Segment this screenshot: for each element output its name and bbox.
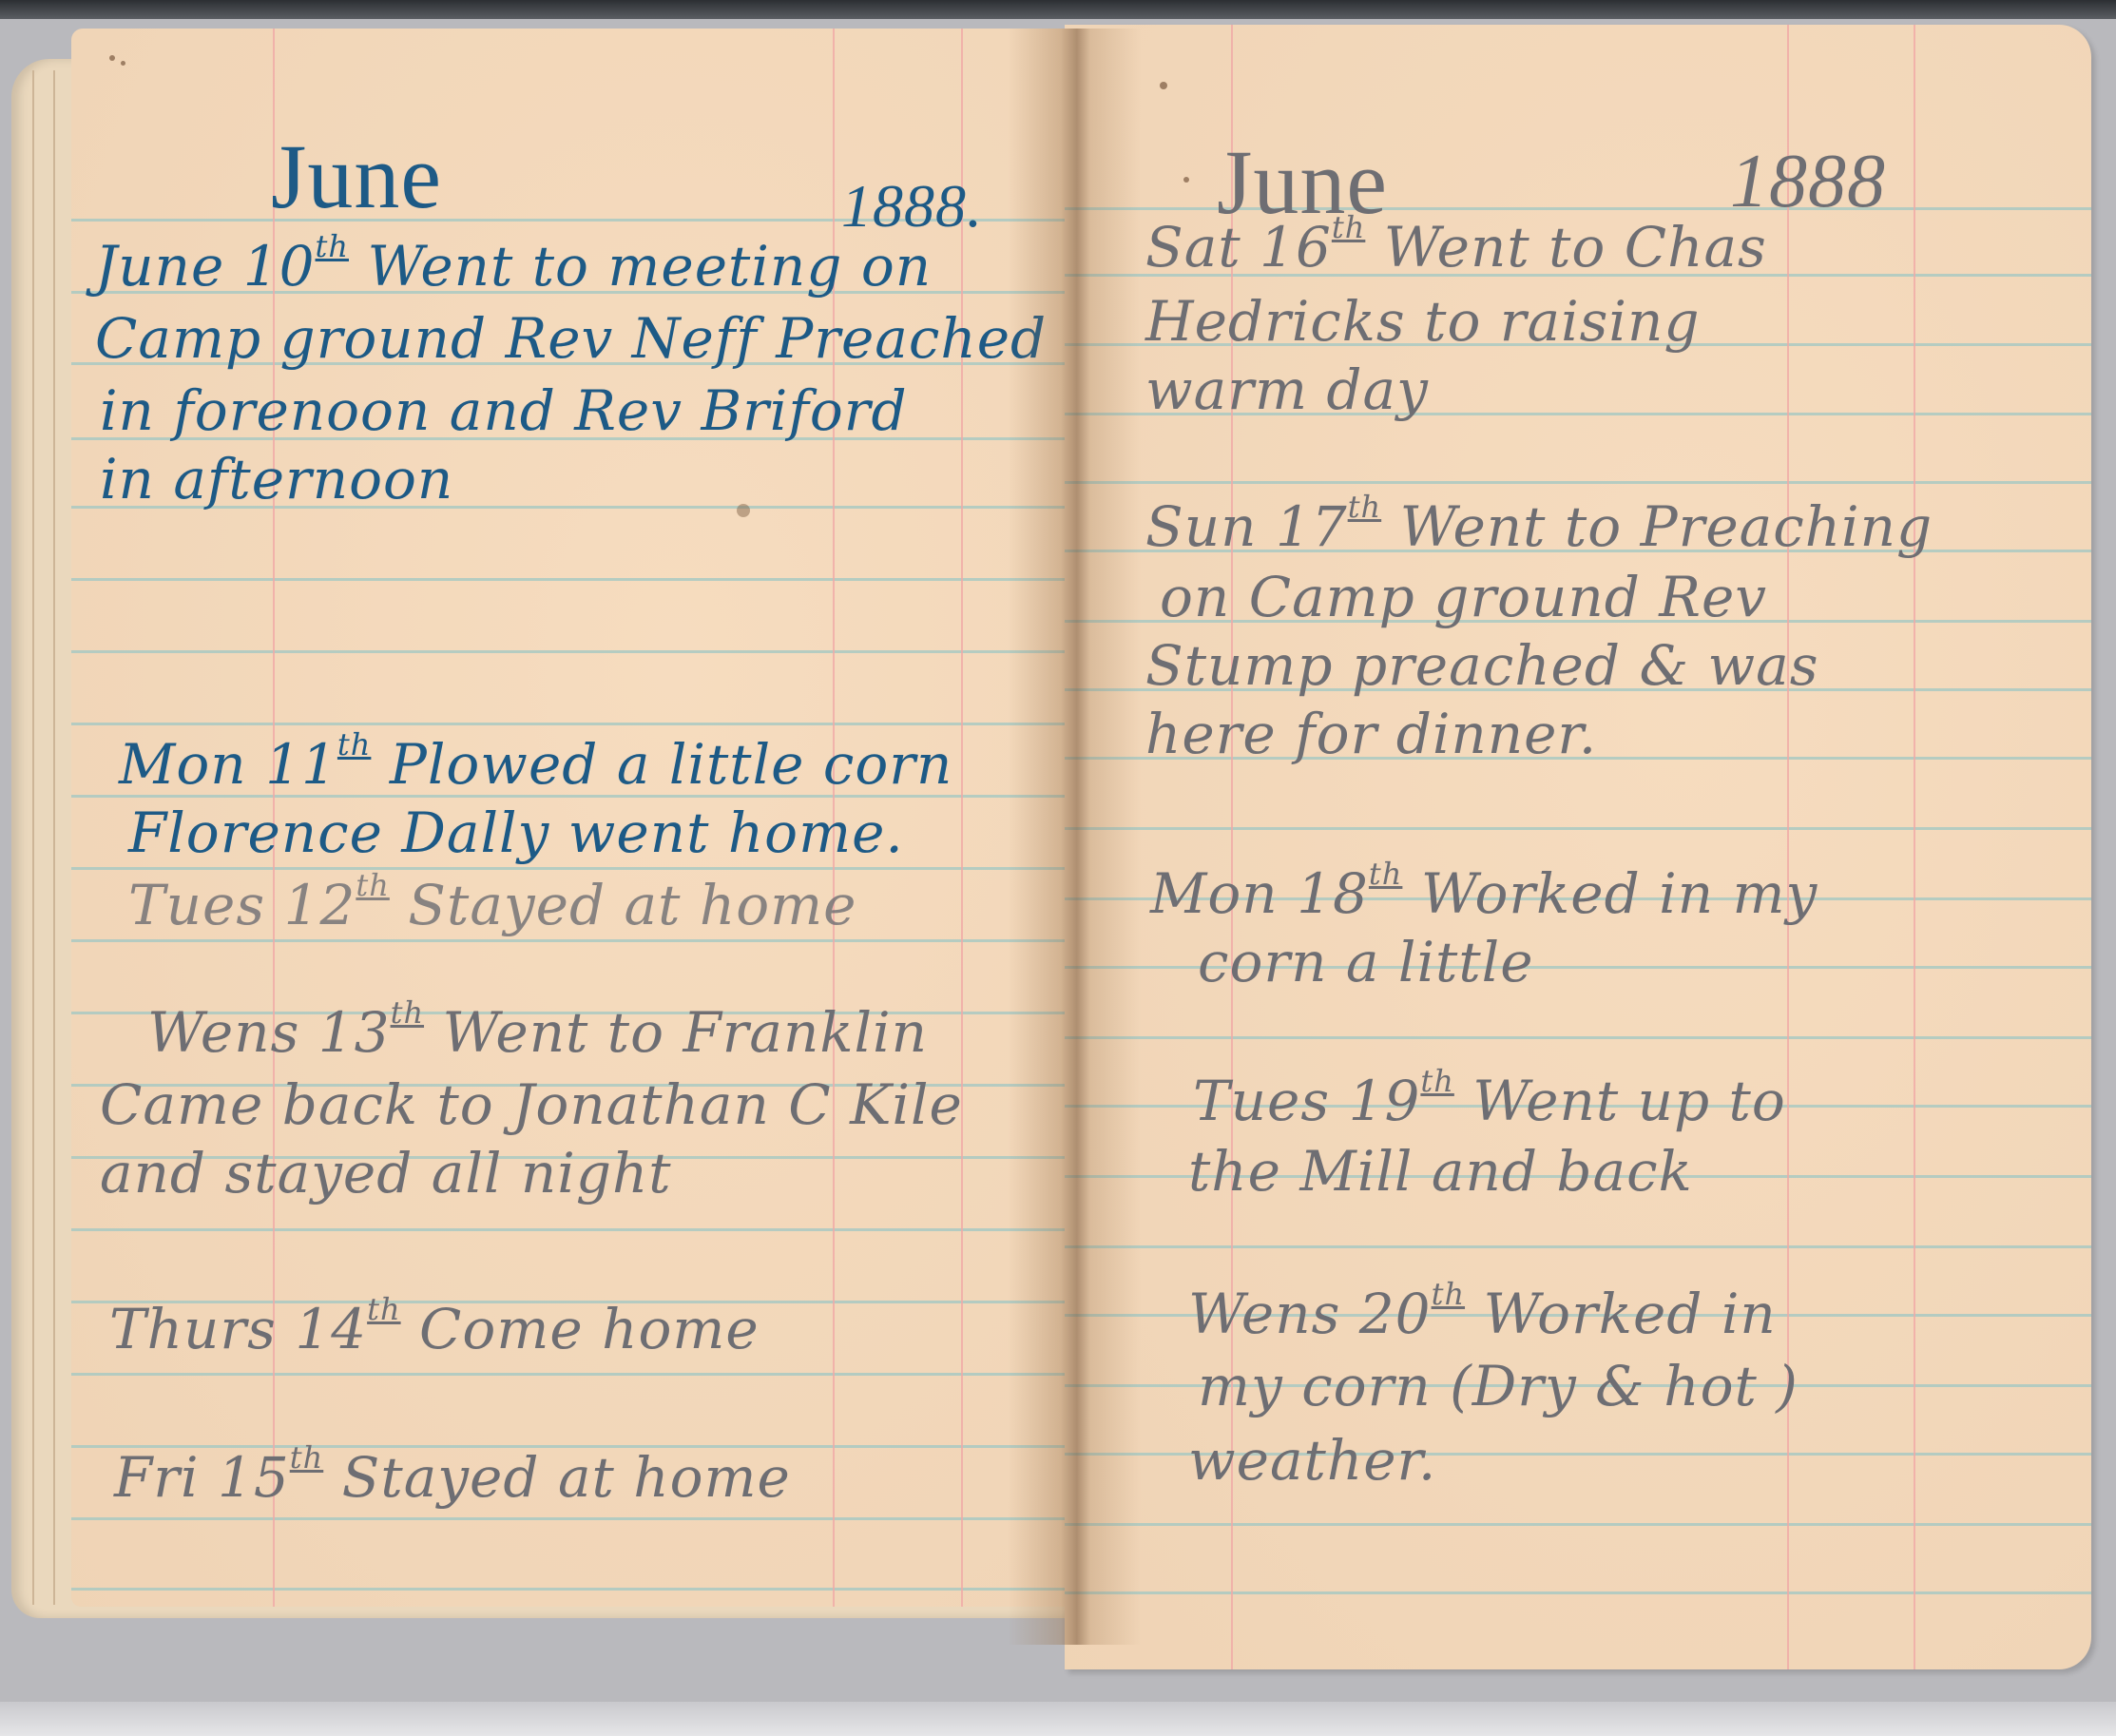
left-page: June 1888. June 10th Went to meeting on … — [71, 29, 1079, 1607]
rule-line — [71, 723, 1079, 725]
entry-date: June 10 — [95, 234, 316, 299]
entry-line: warm day — [1145, 357, 1429, 422]
date-suffix: th — [1420, 1063, 1453, 1099]
year-heading: 1888 — [1730, 139, 1886, 225]
margin-line — [1787, 25, 1789, 1669]
date-suffix: th — [1369, 856, 1402, 892]
entry-text: Went to Preaching — [1400, 494, 1933, 559]
rule-line — [1065, 481, 2091, 484]
entry-line: the Mill and back — [1188, 1139, 1693, 1204]
date-suffix: th — [356, 867, 389, 903]
entry-line: Wens 20th Worked in — [1188, 1282, 1777, 1346]
entry-line: in afternoon — [100, 447, 453, 511]
date-suffix: th — [316, 228, 349, 264]
entry-line: Thurs 14th Come home — [109, 1297, 760, 1361]
entry-text: Worked in — [1483, 1282, 1776, 1346]
entry-line: Mon 11th Plowed a little corn — [119, 732, 952, 797]
entry-line: June 10th Went to meeting on — [95, 234, 932, 299]
date-suffix: th — [367, 1291, 400, 1327]
entry-line: Sun 17th Went to Preaching — [1145, 494, 1933, 559]
entry-line: Wens 13th Went to Franklin — [147, 1000, 928, 1065]
rule-line — [71, 1373, 1079, 1376]
entry-line: in forenoon and Rev Briford — [100, 378, 908, 443]
date-suffix: th — [1432, 1276, 1465, 1312]
entry-date: Fri 15 — [114, 1445, 290, 1510]
rule-line — [1065, 827, 2091, 830]
date-suffix: th — [337, 726, 371, 762]
date-suffix: th — [290, 1439, 323, 1476]
rule-line — [1065, 1036, 2091, 1039]
entry-line: Tues 19th Went up to — [1193, 1069, 1786, 1133]
entry-line: Camp ground Rev Neff Preached — [95, 306, 1047, 371]
rule-line — [71, 867, 1079, 870]
entry-date: Mon 11 — [119, 732, 337, 797]
entry-date: Wens 20 — [1188, 1282, 1432, 1346]
date-suffix: th — [391, 994, 424, 1031]
paper-stain — [121, 61, 125, 66]
rule-line — [71, 1588, 1079, 1591]
entry-line: my corn (Dry & hot ) — [1198, 1354, 1799, 1418]
rule-line — [71, 650, 1079, 653]
entry-text: Worked in my — [1421, 861, 1818, 926]
entry-line: Mon 18th Worked in my — [1150, 861, 1818, 926]
rule-line — [1065, 1591, 2091, 1594]
entry-line: on Camp ground Rev — [1160, 565, 1767, 629]
rule-line — [1065, 1245, 2091, 1248]
paper-stain — [1183, 177, 1189, 183]
paper-stain — [737, 504, 750, 517]
right-page: June 1888 Sat 16th Went to Chas Hedricks… — [1065, 25, 2091, 1669]
entry-line: and stayed all night — [100, 1141, 672, 1206]
rule-line — [71, 1228, 1079, 1231]
entry-text: Plowed a little corn — [390, 732, 953, 797]
rule-line — [71, 939, 1079, 942]
date-suffix: th — [1348, 489, 1381, 525]
margin-line — [961, 29, 963, 1607]
entry-line: Hedricks to raising — [1145, 289, 1700, 354]
entry-line: Florence Dally went home. — [128, 800, 904, 865]
entry-text: Went up to — [1472, 1069, 1785, 1133]
entry-date: Tues 12 — [128, 873, 356, 937]
year-heading: 1888. — [841, 171, 983, 241]
rule-line — [71, 578, 1079, 581]
entry-date: Wens 13 — [147, 1000, 391, 1065]
entry-line: Sat 16th Went to Chas — [1145, 215, 1767, 280]
entry-text: Stayed at home — [408, 873, 856, 937]
entry-date: Thurs 14 — [109, 1297, 367, 1361]
entry-date: Tues 19 — [1193, 1069, 1420, 1133]
entry-text: Stayed at home — [342, 1445, 791, 1510]
entry-line: here for dinner. — [1145, 702, 1597, 766]
paper-stain — [1160, 82, 1167, 89]
margin-line — [1914, 25, 1915, 1669]
paper-stain — [109, 55, 115, 61]
scanner-top-edge — [0, 0, 2116, 19]
rule-line — [71, 1517, 1079, 1520]
entry-text: Went to Franklin — [442, 1000, 927, 1065]
rule-line — [1065, 1523, 2091, 1526]
entry-text: Went to Chas — [1384, 215, 1767, 280]
entry-line: Came back to Jonathan C Kile — [100, 1072, 963, 1137]
entry-date: Sat 16 — [1145, 215, 1332, 280]
month-heading: June — [271, 124, 442, 229]
entry-line: Tues 12th Stayed at home — [128, 873, 856, 937]
entry-date: Sun 17 — [1145, 494, 1348, 559]
entry-line: corn a little — [1198, 930, 1534, 994]
entry-text: Come home — [419, 1297, 760, 1361]
entry-line: Fri 15th Stayed at home — [114, 1445, 791, 1510]
entry-text: Went to meeting on — [367, 234, 932, 299]
scanner-bottom-edge — [0, 1702, 2116, 1736]
entry-date: Mon 18 — [1150, 861, 1369, 926]
entry-line: Stump preached & was — [1145, 633, 1819, 698]
entry-line: weather. — [1188, 1428, 1436, 1493]
date-suffix: th — [1332, 209, 1365, 245]
